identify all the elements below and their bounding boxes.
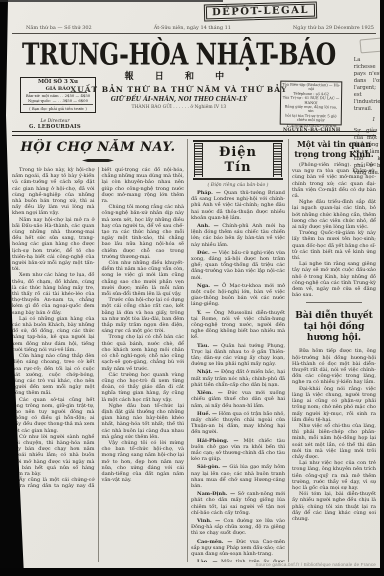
capital-news-headline: Một vài tin quan trọng trong Kinh. — [294, 140, 374, 159]
telegram-items: Pháp. — Quan thủ-tướng Briand đã sang Lo… — [191, 190, 285, 562]
article-divider — [306, 302, 362, 303]
telegram-item: Huế. — Hôm qua có trận bão nhỏ, mấy chiế… — [191, 411, 285, 436]
article-paragraph: Đại-khái ông nói rằng: việc làng là việc… — [292, 386, 376, 423]
telegrams-title: Điện Tín — [205, 145, 271, 175]
depot-legal-stamp-text: DÉPÔT-LEGAL — [206, 4, 315, 20]
telegram-item: Sài-gòn. — Giá lúa gạo mấy hôm nay lại l… — [191, 464, 285, 489]
article-paragraph: Lại nghe tin rằng sang giêng tây này sẽ … — [292, 261, 376, 298]
gregorian-date: Ngày thứ ba 29 Décembre 1925 — [293, 25, 374, 31]
subscription-rate-foreign: Ngoại-quốc: — . . 3$50 — 6$00 — [23, 99, 93, 104]
telegram-item: Ý. — Ông Mussolini diễn-thuyết tại Rome,… — [191, 310, 285, 341]
article-paragraph: Các trường học quanh vùng cũng cho học-t… — [102, 372, 185, 403]
lunar-date: Ất-Sửu niên, ngày 14 tháng 11 — [154, 25, 231, 31]
price-per-issue: MỖI SỐ 3 Xu — [23, 79, 93, 85]
lead-article-headline: HỘI CHỢ NĂM NAY. — [12, 140, 184, 155]
telegram-item: Nhật. — Động đất ở miền bắc, hại mất mấy… — [191, 369, 285, 388]
scan-edge-right — [380, 0, 384, 576]
lead-article-text: Trong tờ báo này, kỳ hội-chợ năm ngoái, … — [12, 167, 184, 562]
article-paragraph: Bữa hôm tiếp được tin, ông hội-trưởng hộ… — [292, 348, 376, 385]
article-paragraph: Cứ như lời người sành nghề nói chuyện, t… — [12, 434, 95, 477]
telegram-item: Pháp. — Quan thủ-tướng Briand đã sang Lo… — [191, 190, 285, 221]
gallica-watermark: Source gallica.bnf.fr / Bibliothèque nat… — [255, 562, 376, 567]
telegram-dateline: Sài-gòn. — — [197, 464, 227, 470]
masthead-header: Năm thứ ba — Số thứ 302 Ất-Sửu niên, ngà… — [12, 0, 376, 136]
telegram-item: Tàu. — Quân hai tướng Phụng, Trực lại đá… — [191, 343, 285, 368]
article-paragraph: Nghe đâu triều-đình sắp đặt lại ngạch qu… — [292, 199, 376, 230]
article-paragraph: Cửa hàng nào cũng thắp đèn điện sáng cho… — [12, 353, 95, 396]
telegram-item: Đức. — Việc bầu-cử nghị-viện vừa xong, đ… — [191, 250, 285, 281]
issue-number: Năm thứ ba — Số thứ 302 — [26, 25, 92, 31]
scan-edge-top — [0, 0, 223, 2]
article-paragraph: Chúng tôi mong rằng các nhà công-nghệ bả… — [102, 204, 185, 260]
telegram-dateline: Ý. — — [197, 310, 210, 316]
lead-article-column: HỘI CHỢ NĂM NAY. Trong tờ báo này, kỳ hộ… — [12, 139, 184, 562]
issue-date-line: Năm thứ ba — Số thứ 302 Ất-Sửu niên, ngà… — [26, 25, 374, 31]
telegram-item: Xiêm. — Đức vua mới xuống chiếu giảm thu… — [191, 390, 285, 409]
column-rule-2 — [288, 139, 289, 562]
article-paragraph: (Phỏng-viên riêng). — Đức vua ngự ra tòa… — [292, 162, 376, 199]
newspaper-page: Năm thứ ba — Số thứ 302 Ất-Sửu niên, ngà… — [0, 0, 384, 576]
article-paragraph: Trong tờ báo này, kỳ hội-chợ năm ngoái, … — [12, 167, 95, 217]
header-double-rule — [12, 131, 376, 136]
masthead-center: TRUNG-HÒA NHẬT-BÁO 報 日 和 中 XUẤT BẢN THỨ … — [12, 35, 346, 132]
telegram-item: Hải-Phòng. — Một chiếc tàu buôn chở gạo … — [191, 438, 285, 463]
telegrams-ornament-box: Điện Tín — [193, 140, 283, 180]
article-paragraph: Trường Quốc-tử-giám kỳ này lấy thêm ba m… — [292, 230, 376, 261]
telegram-item: Anh. — Chính-phủ Anh mới hạ lệnh đóng th… — [191, 223, 285, 248]
telegram-item: Vinh. — Con đường xe lửa vào Đông-hà sắp… — [191, 518, 285, 537]
capital-news-text: (Phỏng-viên riêng). — Đức vua ngự ra tòa… — [292, 162, 376, 298]
article-paragraph: Trong chợ lại có chỗ bán các thức quà bá… — [102, 334, 185, 371]
headline-ornament — [82, 159, 114, 162]
telegrams-column: Điện Tín ( Điện riêng của bản-báo ) Pháp… — [191, 139, 285, 562]
article-paragraph: Nghe đâu ban tổ-chức lại định đặt giải t… — [102, 403, 185, 440]
article-paragraph: Các quan sở-tại cũng hết lòng trông nom,… — [12, 397, 95, 434]
telegram-dateline: Đức. — — [197, 250, 217, 256]
telegram-dateline: Huế. — — [197, 411, 217, 417]
speech-article-text: Bữa hôm tiếp được tin, ông hội-trưởng hộ… — [292, 348, 376, 522]
depot-legal-stamp: DÉPÔT-LEGAL — [204, 2, 317, 22]
scan-edge-bottom — [0, 568, 384, 576]
telegrams-intro: ( Điện riêng của bản-báo ) — [191, 183, 285, 188]
article-paragraph: Như việc sổ chi-thu của làng, thì phải b… — [292, 423, 376, 460]
column-rule-1 — [187, 139, 188, 562]
header-rule — [12, 33, 376, 34]
telegram-item: Nga. — Ở Mạc-tư-khoa mới mở một cuộc hội… — [191, 283, 285, 308]
article-paragraph: Xem như các hàng tơ lụa, đồ thêu, đồ chạ… — [12, 272, 95, 315]
speech-article-headline: Bài diễn thuyết tại hội đồng hương hội. — [294, 311, 374, 344]
article-paragraph: Lại như việc học của con trẻ trong làng,… — [292, 460, 376, 491]
capital-news-column: Một vài tin quan trọng trong Kinh. (Phỏn… — [292, 139, 376, 562]
telegram-dateline: Lào. — — [197, 559, 217, 562]
directeur-block: Le Directeur G. LEBOURDAIS — [26, 119, 84, 130]
price-box: MỖI SỐ 3 Xu GIÁ BÁO Bản-xứ: một năm . . … — [20, 77, 96, 113]
newspaper-title: TRUNG-HÒA NHẬT-BÁO — [22, 37, 336, 72]
telegram-dateline: Tàu. — — [197, 343, 218, 349]
article-paragraph: Vậy chúng tôi có lời mừng cho ban tổ-chứ… — [102, 440, 185, 483]
telegram-item: Cao-mên. — Đức vua Cao-mên sắp ngự sang … — [191, 539, 285, 558]
telegram-dateline: Nga. — — [197, 283, 219, 289]
article-paragraph: Năm nay hội-chợ lại mở ra ở bãi Đấu-xảo … — [12, 217, 95, 273]
article-paragraph: Lại có những gian hàng của các nhà buôn … — [12, 316, 95, 353]
article-paragraph: Trước cửa hội-chợ lại có dựng một cái cổ… — [102, 297, 185, 334]
telegram-item: Nam-Định. — Sở canh-nông mới phát cho dâ… — [191, 491, 285, 516]
telegram-dateline: Nhật. — — [197, 369, 219, 375]
price-box-title: GIÁ BÁO — [29, 86, 87, 93]
telegram-dateline: Cao-mên. — — [197, 539, 232, 545]
article-paragraph: Còn như những điều khuyết-điểm thì năm n… — [102, 260, 185, 297]
administration-box: Tòa Biên-tập (Rédaction) — Hà-nội Téléph… — [279, 81, 342, 126]
quote-column: La vraie richesse d'un pays n'est pas da… — [350, 35, 384, 132]
page-body: HỘI CHỢ NĂM NAY. Trong tờ báo này, kỳ hộ… — [12, 139, 376, 562]
prepayment-note: ( Bạn đọc phải giả tiền trước ) — [23, 104, 93, 111]
article-paragraph: Nói tóm lại, bài diễn-thuyết ấy nhiều ng… — [292, 491, 376, 522]
directeur-name: G. LEBOURDAIS — [26, 124, 84, 130]
telegram-dateline: Hải-Phòng. — — [197, 438, 239, 444]
